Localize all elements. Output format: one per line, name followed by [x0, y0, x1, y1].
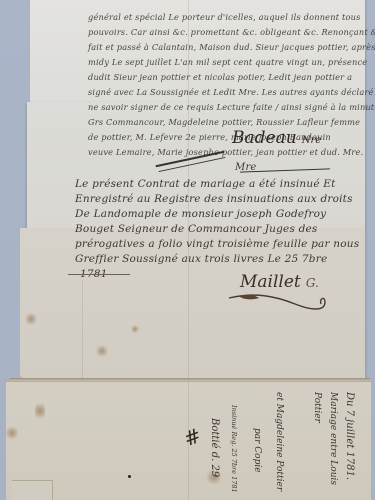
hash-mark: #: [180, 423, 204, 451]
endorsement-line: Insinué Reg. 25 7bre 1781: [230, 405, 238, 493]
endorsement-line: Bottié d. 29: [209, 418, 220, 477]
endorsement-line: Pottier: [312, 392, 322, 423]
folded-corner: [12, 480, 53, 500]
endorsement-block: Du 7 juillet 1781. Mariage entre Louis P…: [0, 0, 375, 500]
endorsement-line: et Magdeleine Pottier: [274, 392, 284, 491]
endorsement-line: Du 7 juillet 1781.: [344, 392, 355, 480]
endorsement-line: par Copie: [252, 428, 262, 473]
endorsement-line: Mariage entre Louis: [328, 392, 338, 485]
